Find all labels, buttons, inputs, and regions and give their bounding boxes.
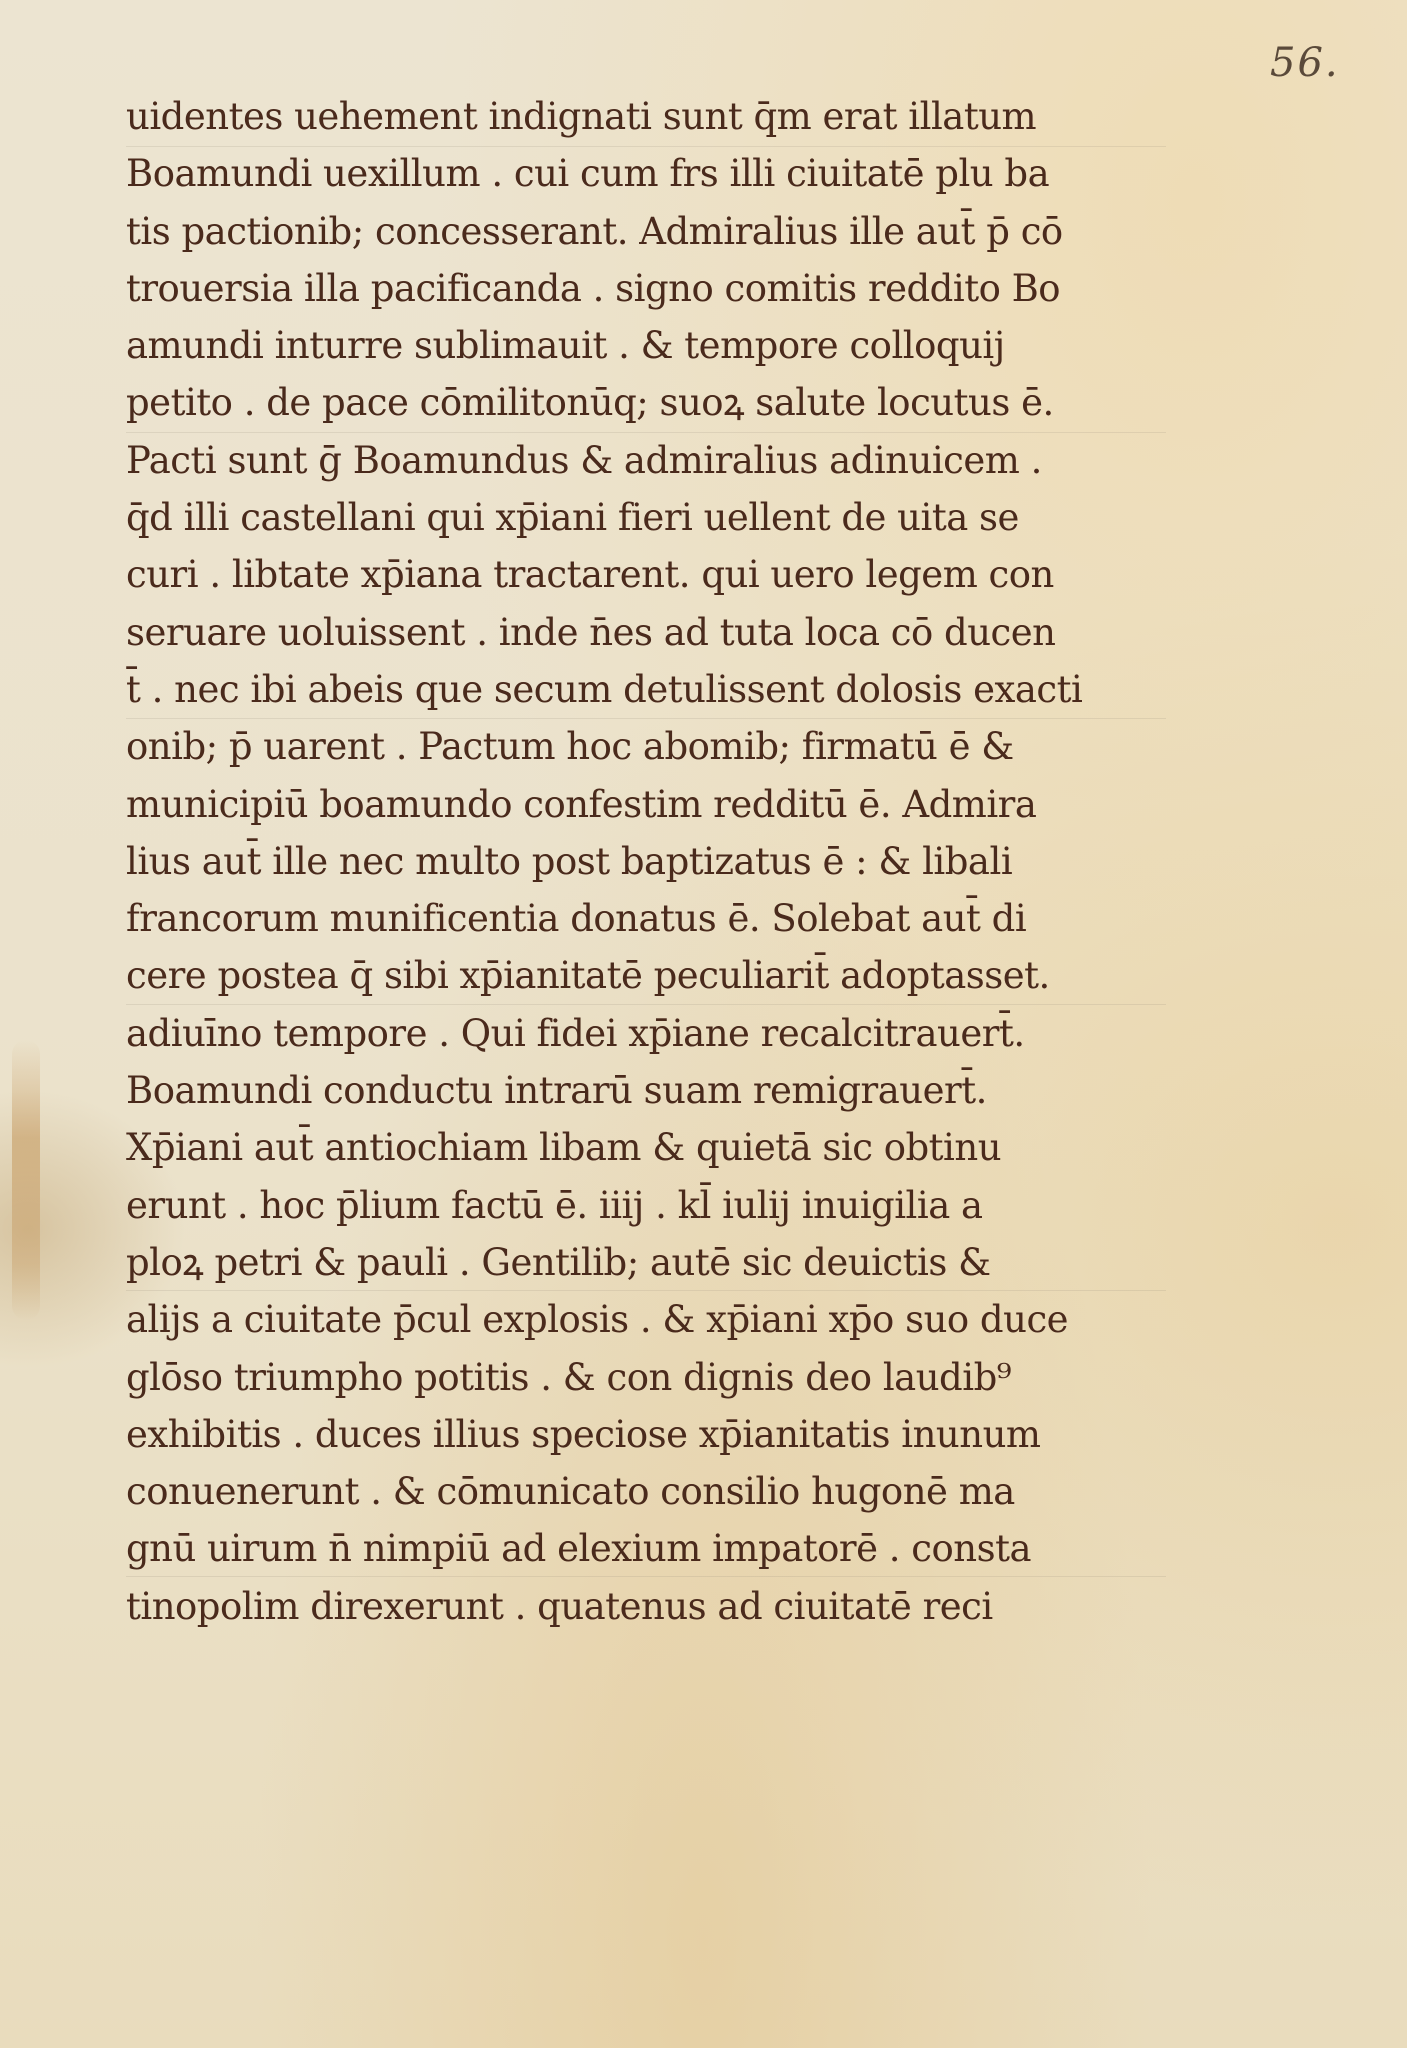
text-line: glōso triumpho potitis . & con dignis de… — [126, 1349, 1166, 1406]
text-line: Pacti sunt ḡ Boamundus & admiralius adin… — [126, 432, 1166, 489]
main-text-block: uidentes uehement indignati sunt q̄m era… — [126, 88, 1166, 1635]
text-line: ploꝝ petri & pauli . Gentilib; autē sic … — [126, 1234, 1166, 1291]
text-line: Boamundi conductu intrarū suam remigraue… — [126, 1062, 1166, 1119]
text-line: conuenerunt . & cōmunicato consilio hugo… — [126, 1463, 1166, 1520]
manuscript-folio: 56. uidentes uehement indignati sunt q̄m… — [0, 0, 1407, 2048]
text-line: uidentes uehement indignati sunt q̄m era… — [126, 88, 1166, 145]
text-line: alijs a ciuitate p̄cul explosis . & xp̄i… — [126, 1291, 1166, 1348]
text-line: tinopolim direxerunt . quatenus ad ciuit… — [126, 1578, 1166, 1635]
text-line: lius aut̄ ille nec multo post baptizatus… — [126, 833, 1166, 890]
text-line: q̄d illi castellani qui xp̄iani fieri ue… — [126, 489, 1166, 546]
margin-stain — [12, 1040, 40, 1320]
text-line: municipiū boamundo confestim redditū ē. … — [126, 776, 1166, 833]
text-line: erunt . hoc p̄lium factū ē. iiij . kl̄ i… — [126, 1177, 1166, 1234]
text-line: gnū uirum n̄ nimpiū ad elexium impatorē … — [126, 1520, 1166, 1577]
text-line: curi . libtate xp̄iana tractarent. qui u… — [126, 546, 1166, 603]
text-line: seruare uoluissent . inde n̄es ad tuta l… — [126, 604, 1166, 661]
text-line: t̄ . nec ibi abeis que secum detulissent… — [126, 661, 1166, 718]
text-line: Xp̄iani aut̄ antiochiam libam & quietā s… — [126, 1119, 1166, 1176]
text-line: onib; p̄ uarent . Pactum hoc abomib; fir… — [126, 718, 1166, 775]
text-line: cere postea q̄ sibi xp̄ianitatē peculiar… — [126, 947, 1166, 1004]
text-line: tis pactionib; concesserant. Admiralius … — [126, 203, 1166, 260]
text-line: Boamundi uexillum . cui cum frs illi ciu… — [126, 145, 1166, 202]
text-line: exhibitis . duces illius speciose xp̄ian… — [126, 1406, 1166, 1463]
text-line: amundi inturre sublimauit . & tempore co… — [126, 317, 1166, 374]
text-line: trouersia illa pacificanda . signo comit… — [126, 260, 1166, 317]
text-line: petito . de pace cōmilitonūq; suoꝝ salut… — [126, 374, 1166, 431]
text-line: francorum munificentia donatus ē. Soleba… — [126, 890, 1166, 947]
folio-number: 56. — [1270, 40, 1340, 86]
text-line: adiuīno tempore . Qui fidei xp̄iane reca… — [126, 1005, 1166, 1062]
